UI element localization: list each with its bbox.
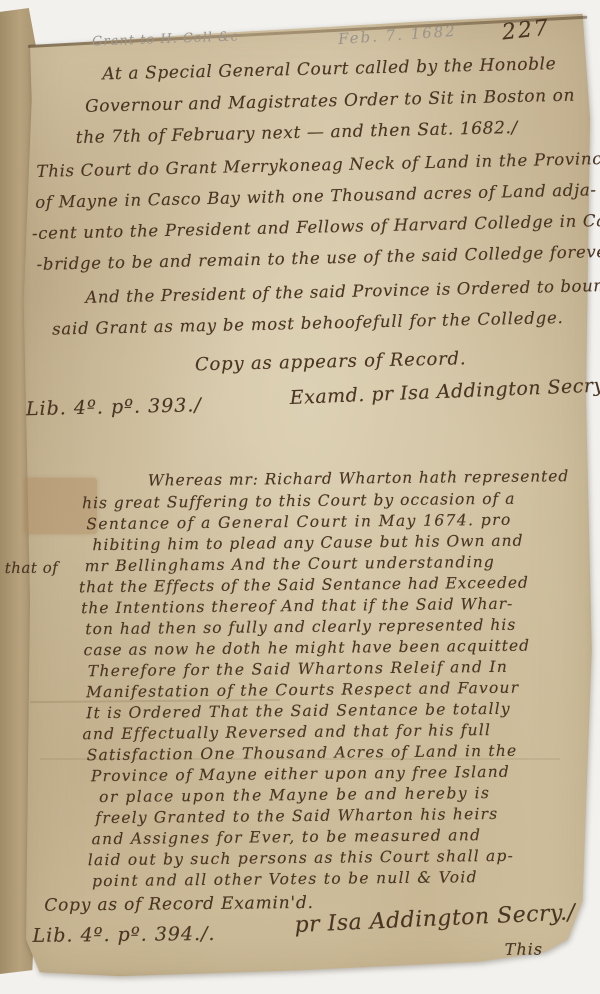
manuscript-scan: Grant to H. Coll &c Feb. 7. 1682 227 At … — [0, 0, 600, 994]
manuscript-line: Satisfaction One Thousand Acres of Land … — [87, 742, 518, 765]
manuscript-line: laid out by such persons as this Court s… — [88, 847, 514, 869]
attestation-line: Copy as of Record Examin'd. — [44, 893, 314, 916]
manuscript-line: point and all other Votes to be null & V… — [92, 868, 478, 890]
manuscript-line: and Effectually Reversed and that for hi… — [82, 721, 491, 743]
manuscript-line: It is Ordered That the Said Sentance be … — [86, 700, 511, 722]
manuscript-line: case as now he doth he might have been a… — [83, 637, 530, 660]
liber-reference: Lib. 4º. pº. 394./. — [32, 923, 215, 947]
manuscript-line: the Intentions thereof And that if the S… — [81, 595, 513, 618]
manuscript-line: Whereas mr: Richard Wharton hath represe… — [148, 467, 570, 489]
secretary-signature: pr Isa Addington Secry./ — [294, 900, 576, 938]
manuscript-line: his great Suffering to this Court by occ… — [82, 490, 516, 513]
manuscript-line: Manifestation of the Courts Respect and … — [86, 679, 519, 702]
manuscript-line: Therefore for the Said Whartons Releif a… — [88, 658, 508, 680]
manuscript-line: freely Granted to the Said Wharton his h… — [95, 805, 498, 827]
manuscript-line: mr Bellinghams And the Court understandi… — [85, 553, 495, 575]
margin-note: that of — [5, 559, 59, 578]
manuscript-line: and Assignes for Ever, to be measured an… — [91, 826, 481, 848]
manuscript-line: ton had then so fully and clearly repres… — [85, 616, 516, 639]
manuscript-line: or place upon the Mayne be and hereby is — [99, 784, 490, 806]
catchword: This — [505, 939, 544, 958]
manuscript-line: Sentance of a General Court in May 1674.… — [86, 511, 512, 533]
wharton-record-block: that of Whereas mr: Richard Wharton hath… — [0, 0, 600, 994]
manuscript-line: hibiting him to plead any Cause but his … — [92, 532, 523, 555]
manuscript-line: Province of Mayne either upon any free I… — [91, 763, 510, 785]
manuscript-line: that the Effects of the Said Sentance ha… — [79, 574, 529, 597]
